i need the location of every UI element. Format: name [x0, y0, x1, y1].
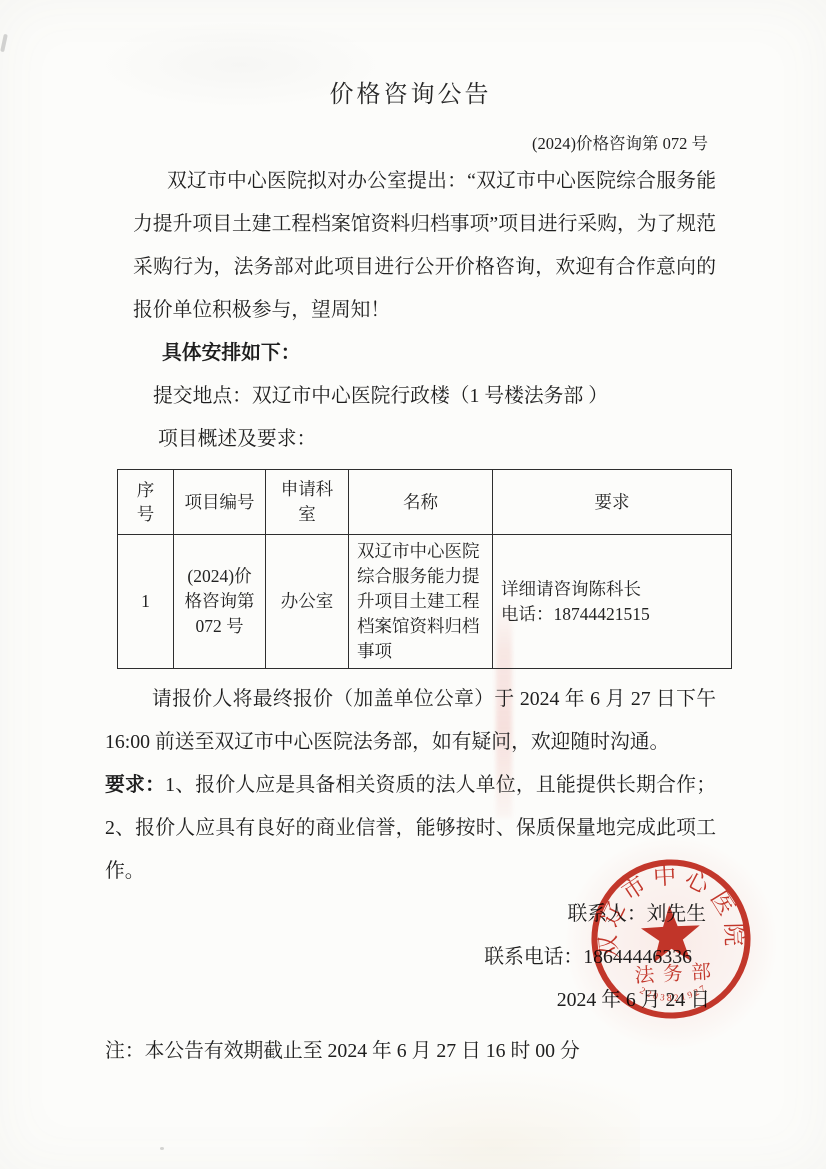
requirements-paragraph: 要求：1、报价人应是具备相关资质的法人单位，且能提供长期合作；2、报价人应具有良… [105, 764, 716, 893]
table-header-name: 名称 [349, 470, 493, 535]
contact-person: 联系人：刘先生 [105, 893, 716, 936]
issue-date: 2024 年 6 月 24 日 [105, 979, 716, 1022]
deadline-paragraph: 请报价人将最终报价（加盖单位公章）于 2024 年 6 月 27 日下午 16:… [105, 678, 716, 764]
submit-location-line: 提交地点：双辽市中心医院行政楼（1 号楼法务部 ） [105, 375, 716, 418]
signature-block: 联系人：刘先生 联系电话：18644446336 2024 年 6 月 24 日 [105, 893, 716, 1022]
table-header-project-no: 项目编号 [174, 470, 266, 535]
intro-paragraph: 双辽市中心医院拟对办公室提出：“双辽市中心医院综合服务能力提升项目土建工程档案馆… [133, 160, 716, 332]
table-header-row: 序号 项目编号 申请科室 名称 要求 [118, 470, 732, 535]
table-header-seq: 序号 [118, 470, 174, 535]
contact-phone: 联系电话：18644446336 [105, 936, 716, 979]
scanned-document-page: 价格咨询公告 (2024)价格咨询第 072 号 双辽市中心医院拟对办公室提出：… [0, 0, 826, 1169]
arrangement-heading: 具体安排如下： [105, 332, 716, 375]
requirements-text: 1、报价人应是具备相关资质的法人单位，且能提供长期合作；2、报价人应具有良好的商… [105, 774, 716, 882]
overview-heading: 项目概述及要求： [105, 418, 716, 461]
cell-seq: 1 [118, 535, 174, 669]
validity-note: 注：本公告有效期截止至 2024 年 6 月 27 日 16 时 00 分 [105, 1030, 716, 1073]
table-header-department: 申请科室 [266, 470, 349, 535]
doc-number: (2024)价格咨询第 072 号 [105, 132, 716, 156]
requirements-label: 要求： [105, 774, 165, 796]
cell-project-no: (2024)价格咨询第 072 号 [174, 535, 266, 669]
table-header-requirement: 要求 [493, 470, 732, 535]
cell-name: 双辽市中心医院综合服务能力提升项目土建工程档案馆资料归档事项 [349, 535, 493, 669]
page-title: 价格咨询公告 [105, 0, 716, 110]
project-table: 序号 项目编号 申请科室 名称 要求 1 (2024)价格咨询第 072 号 办… [117, 469, 732, 669]
cell-requirement: 详细请咨询陈科长 电话：18744421515 [493, 535, 732, 669]
table-row: 1 (2024)价格咨询第 072 号 办公室 双辽市中心医院综合服务能力提升项… [118, 535, 732, 669]
document-content: 价格咨询公告 (2024)价格咨询第 072 号 双辽市中心医院拟对办公室提出：… [0, 0, 826, 1169]
cell-department: 办公室 [266, 535, 349, 669]
table-header-seq-label: 序号 [136, 478, 156, 526]
